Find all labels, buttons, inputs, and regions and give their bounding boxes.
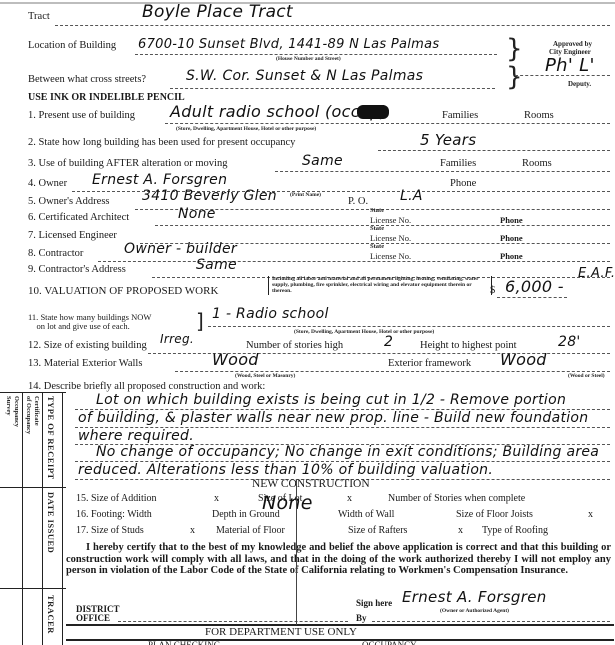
item-12-value: Irreg. [160,332,194,346]
item-3-label: Use of building AFTER alteration or movi… [39,158,228,169]
item-3-value: Same [302,153,343,169]
row17-x1: x [190,525,195,536]
desc-text-2: of building, & plaster walls near new pr… [78,410,588,426]
item-9-label: Contractor's Address [39,264,126,275]
item-7-license-label: License No. [370,233,411,243]
item-5-po-label: P. O. [348,196,368,207]
approval-brace-top: } [506,36,523,62]
item-1-rooms-label: Rooms [524,110,554,121]
row16-x: x [588,509,593,520]
new-construction-heading: NEW CONSTRUCTION [252,478,370,490]
item-11-label-2: on lot and give use of each. [37,321,130,331]
cross-streets-line [170,88,495,89]
item-6-value: None [178,206,216,222]
row16-number: 16. [76,509,89,520]
item-8-label: Contractor [39,248,84,259]
margin-top-rule [0,392,66,393]
item-3-rooms-label: Rooms [522,158,552,169]
certification-text: I hereby certify that to the best of my … [66,542,611,577]
margin-rule-2 [0,487,66,488]
desc-text-5: reduced. Alterations less than 10% of bu… [78,462,493,478]
location-caption: (House Number and Street) [276,56,341,62]
district-office-line [118,621,348,622]
item-2-label: State how long building has been used fo… [39,137,296,148]
item-6-number: 6. [28,212,36,223]
location-label: Location of Building [28,40,116,51]
occ-survey-line-2: Survey [5,396,12,416]
item-10-currency: $ [490,285,495,296]
location-line [135,54,497,55]
row16-footing: Footing: Width [91,509,152,520]
sign-caption: (Owner or Authorized Agent) [440,608,509,614]
item-7-state-label: State [370,225,384,232]
margin-col-1 [22,392,23,645]
item-1-label: Present use of building [39,110,136,121]
cert-occ-line-2: of Occupancy [25,396,32,434]
item-13-framework-caption: (Wood or Steel) [568,373,605,379]
item-13-framework-value: Wood [500,350,547,369]
tract-line [55,25,610,26]
item-7-phone-label: Phone [500,233,523,243]
item-13-framework-label: Exterior framework [388,358,471,369]
item-11-brace: ] [196,308,204,334]
row17-floor: Material of Floor [216,525,285,536]
type-of-receipt-label: TYPE OF RECEIPT [46,396,56,480]
item-4-value: Ernest A. Forsgren [92,172,227,188]
row15-x2: x [347,493,352,504]
item-6-license-label: License No. [370,215,411,225]
row17-studs: Size of Studs [91,525,144,536]
item-6-phone-label: Phone [500,215,523,225]
item-12-stories-value: 2 [384,334,393,350]
approval-line [515,75,610,76]
item-12-stories-label: Number of stories high [246,340,343,351]
desc-text-3: where required. [78,428,194,444]
item-12-label: Size of existing building [44,340,147,351]
item-10-line [497,297,567,298]
item-9-number: 9. [28,264,36,275]
row16-none-value: None [262,492,313,514]
item-13-label: Material Exterior Walls [44,358,143,369]
item-14-label: Describe briefly all proposed constructi… [44,381,266,392]
occ-survey-line-1: Occupancy [13,396,20,427]
item-11-caption: (Store, Dwelling, Apartment House, Hotel… [294,329,434,335]
item-7-label: Licensed Engineer [39,230,117,241]
tract-value: Boyle Place Tract [142,2,293,22]
item-8-state-label: State [370,243,384,250]
item-2-line [378,150,610,151]
item-8-license-label: License No. [370,251,411,261]
row16-joists: Size of Floor Joists [456,509,533,520]
ink-instruction: USE INK OR INDELIBLE PENCIL [28,92,185,103]
item-4-phone-label: Phone [450,178,476,189]
occupancy-label: OCCUPANCY [362,640,417,645]
sign-here-label: Sign here [356,598,392,608]
row17-x2: x [458,525,463,536]
item-13-line [175,371,610,372]
item-1-value: Adult radio school (occup) [170,102,387,121]
item-5-label: Owner's Address [39,196,110,207]
deputy-label: Deputy. [568,80,591,88]
date-issued-label: DATE ISSUED [46,492,56,553]
margin-col-2 [42,392,43,645]
redaction-mark [357,105,389,119]
item-7-number: 7. [28,230,36,241]
item-4-number: 4. [28,178,36,189]
plan-checking-label: PLAN CHECKING [148,640,220,645]
desc-text-1: Lot on which building exists is being cu… [96,392,566,408]
item-11-label: 11. State how many buildings NOW on lot … [28,313,151,331]
item-6-label: Certificated Architect [39,212,130,223]
occupancy-survey-label: Occupancy Survey [4,396,20,427]
row17-number: 17. [76,525,89,536]
by-label: By [356,613,367,623]
row15-size-addition: Size of Addition [91,493,157,504]
item-13-number: 13. [28,358,41,369]
item-13-caption: (Wood, Steel or Masonry) [235,373,295,379]
cross-streets-value: S.W. Cor. Sunset & N Las Palmas [186,68,423,84]
center-crease [296,480,297,625]
item-2-value: 5 Years [420,131,476,149]
approval-label-1: Approved by [553,40,592,48]
item-9-value: Same [196,257,237,273]
tracer-label: TRACER [46,595,56,634]
item-4-label: Owner [39,178,68,189]
margin-col-3 [62,392,63,645]
item-2-number: 2. [28,137,36,148]
approval-initials: Ph' L' [545,55,595,76]
certificate-of-occupancy-label: Certificate of Occupancy [24,396,40,434]
desc-text-4: No change of occupancy; No change in exi… [96,444,599,460]
scan-top-edge [0,2,615,4]
tract-label: Tract [28,11,50,22]
dept-use-heading: FOR DEPARTMENT USE ONLY [205,626,357,638]
by-line [372,621,610,622]
item-5-value: 3410 Beverly Glen [142,188,277,204]
item-3-line [275,171,610,172]
row15-number: 15. [76,493,89,504]
item-10-label: VALUATION OF PROPOSED WORK [44,285,218,297]
item-1-number: 1. [28,110,36,121]
item-1-families-label: Families [442,110,478,121]
district-office-label: DISTRICT OFFICE [76,605,120,623]
row15-stories: Number of Stories when complete [388,493,525,504]
row17-roofing: Type of Roofing [482,525,548,536]
item-10-value: 6,000 - [505,277,564,296]
item-3-families-label: Families [440,158,476,169]
row17-rafters: Size of Rafters [348,525,407,536]
owner-signature: Ernest A. Forsgren [402,588,547,606]
item-11-line [208,326,610,327]
item-10-number: 10. [28,285,42,297]
item-1-caption: (Store, Dwelling, Apartment House, Hotel… [176,126,316,132]
item-8-phone-label: Phone [500,251,523,261]
item-10-note: Including all labor and material and all… [268,276,492,295]
margin-rule-3 [0,588,66,589]
cross-streets-label: Between what cross streets? [28,74,146,85]
item-8-line [98,261,610,262]
approval-brace-bottom: } [506,64,523,90]
item-5-number: 5. [28,196,36,207]
row16-wall: Width of Wall [338,509,394,520]
item-4-caption: (Print Name) [290,192,321,198]
item-12-height-value: 28' [558,334,581,350]
item-8-number: 8. [28,248,36,259]
item-13-value: Wood [212,350,259,369]
cert-occ-line-1: Certificate [33,396,40,426]
item-5-po-value: L.A [400,188,423,204]
item-6-state-label: State [370,207,384,214]
district-line-2: OFFICE [76,613,110,623]
location-value: 6700-10 Sunset Blvd, 1441-89 N Las Palma… [138,37,439,52]
row15-x1: x [214,493,219,504]
item-3-number: 3. [28,158,36,169]
item-11-value: 1 - Radio school [212,306,329,322]
item-14-number: 14. [28,381,41,392]
item-10-initials: E.A.F. [578,266,615,281]
item-12-number: 12. [28,340,41,351]
item-8-value: Owner - builder [124,241,237,257]
item-1-line [165,123,610,124]
